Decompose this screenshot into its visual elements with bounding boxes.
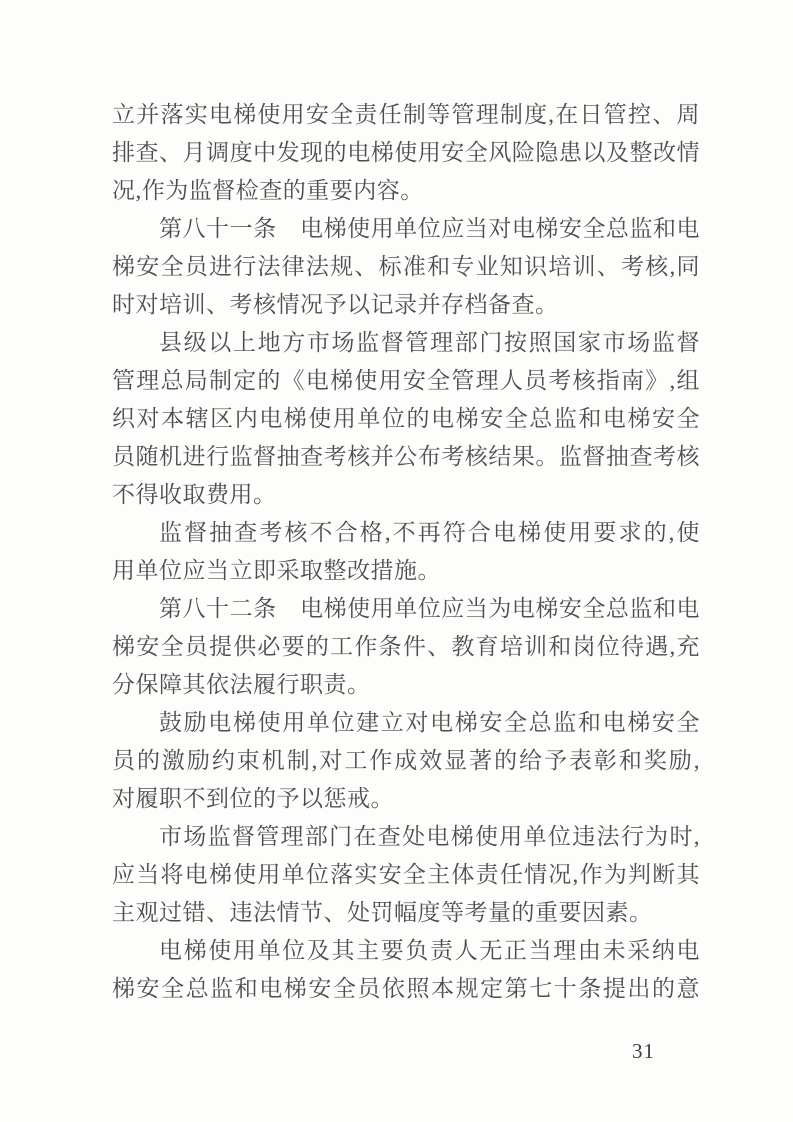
paragraph: 市场监督管理部门在查处电梯使用单位违法行为时,应当将电梯使用单位落实安全主体责任… [112, 818, 700, 932]
text-line: 应当将电梯使用单位落实安全主体责任情况,作为判断其 [112, 856, 700, 894]
text-line: 用单位应当立即采取整改措施。 [112, 552, 700, 590]
text-line: 第八十一条 电梯使用单位应当对电梯安全总监和电 [112, 210, 700, 248]
text-line: 立并落实电梯使用安全责任制等管理制度,在日管控、周 [112, 96, 700, 134]
text-line: 电梯使用单位及其主要负责人无正当理由未采纳电 [112, 932, 700, 970]
paragraph: 第八十一条 电梯使用单位应当对电梯安全总监和电梯安全员进行法律法规、标准和专业知… [112, 210, 700, 324]
text-line: 织对本辖区内电梯使用单位的电梯安全总监和电梯安全 [112, 400, 700, 438]
text-line: 梯安全员进行法律法规、标准和专业知识培训、考核,同 [112, 248, 700, 286]
text-line: 鼓励电梯使用单位建立对电梯安全总监和电梯安全 [112, 704, 700, 742]
page-number: 31 [632, 1038, 655, 1064]
text-line: 第八十二条 电梯使用单位应当为电梯安全总监和电 [112, 590, 700, 628]
text-line: 员的激励约束机制,对工作成效显著的给予表彰和奖励, [112, 742, 700, 780]
paragraph: 立并落实电梯使用安全责任制等管理制度,在日管控、周排查、月调度中发现的电梯使用安… [112, 96, 700, 210]
text-line: 况,作为监督检查的重要内容。 [112, 172, 700, 210]
text-line: 梯安全总监和电梯安全员依照本规定第七十条提出的意 [112, 970, 700, 1008]
text-line: 排查、月调度中发现的电梯使用安全风险隐患以及整改情 [112, 134, 700, 172]
paragraph: 第八十二条 电梯使用单位应当为电梯安全总监和电梯安全员提供必要的工作条件、教育培… [112, 590, 700, 704]
text-line: 县级以上地方市场监督管理部门按照国家市场监督 [112, 324, 700, 362]
paragraph: 鼓励电梯使用单位建立对电梯安全总监和电梯安全员的激励约束机制,对工作成效显著的给… [112, 704, 700, 818]
text-line: 梯安全员提供必要的工作条件、教育培训和岗位待遇,充 [112, 628, 700, 666]
text-line: 主观过错、违法情节、处罚幅度等考量的重要因素。 [112, 894, 700, 932]
paragraph: 电梯使用单位及其主要负责人无正当理由未采纳电梯安全总监和电梯安全员依照本规定第七… [112, 932, 700, 1008]
text-line: 市场监督管理部门在查处电梯使用单位违法行为时, [112, 818, 700, 856]
text-line: 分保障其依法履行职责。 [112, 666, 700, 704]
paragraph: 县级以上地方市场监督管理部门按照国家市场监督管理总局制定的《电梯使用安全管理人员… [112, 324, 700, 514]
document-page: 立并落实电梯使用安全责任制等管理制度,在日管控、周排查、月调度中发现的电梯使用安… [0, 0, 793, 1122]
text-line: 不得收取费用。 [112, 476, 700, 514]
text-line: 员随机进行监督抽查考核并公布考核结果。监督抽查考核 [112, 438, 700, 476]
text-line: 时对培训、考核情况予以记录并存档备查。 [112, 286, 700, 324]
text-line: 对履职不到位的予以惩戒。 [112, 780, 700, 818]
text-line: 监督抽查考核不合格,不再符合电梯使用要求的,使 [112, 514, 700, 552]
text-block: 立并落实电梯使用安全责任制等管理制度,在日管控、周排查、月调度中发现的电梯使用安… [112, 96, 700, 1008]
text-line: 管理总局制定的《电梯使用安全管理人员考核指南》,组 [112, 362, 700, 400]
paragraph: 监督抽查考核不合格,不再符合电梯使用要求的,使用单位应当立即采取整改措施。 [112, 514, 700, 590]
